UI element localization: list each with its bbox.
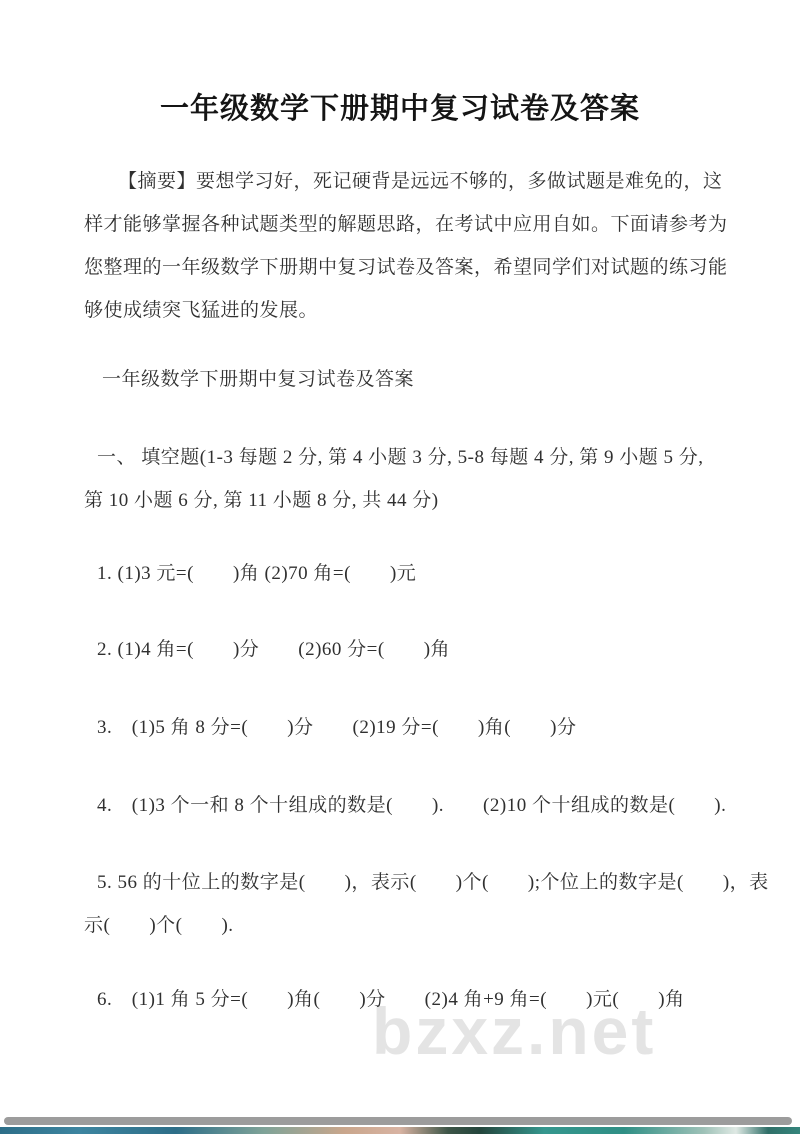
document-page: 一年级数学下册期中复习试卷及答案 bzxz.net 【摘要】要想学习好，死记硬背…: [0, 0, 800, 1134]
section-header-line: 第 10 小题 6 分, 第 11 小题 8 分, 共 44 分): [84, 479, 724, 522]
question-2: 2. (1)4 角=( )分 (2)60 分=( )角: [84, 628, 724, 671]
horizontal-scrollbar[interactable]: [4, 1117, 792, 1125]
document-subtitle: 一年级数学下册期中复习试卷及答案: [84, 358, 724, 401]
abstract-line: 【摘要】要想学习好，死记硬背是远远不够的，多做试题是难免的，这: [84, 160, 724, 203]
abstract-line: 够使成绩突飞猛进的发展。: [84, 289, 724, 332]
question-6: 6. (1)1 角 5 分=( )角( )分 (2)4 角+9 角=( )元( …: [84, 978, 724, 1021]
question-4: 4. (1)3 个一和 8 个十组成的数是( ). (2)10 个十组成的数是(…: [84, 784, 724, 827]
question-1: 1. (1)3 元=( )角 (2)70 角=( )元: [84, 552, 724, 595]
section-header-line: 一、 填空题(1-3 每题 2 分, 第 4 小题 3 分, 5-8 每题 4 …: [84, 436, 724, 479]
abstract-line: 样才能够掌握各种试题类型的解题思路，在考试中应用自如。下面请参考为: [84, 203, 724, 246]
question-5-line-2: 示( )个( ).: [84, 904, 724, 947]
abstract-line: 您整理的一年级数学下册期中复习试卷及答案，希望同学们对试题的练习能: [84, 246, 724, 289]
page-title: 一年级数学下册期中复习试卷及答案: [0, 86, 800, 127]
question-5-line-1: 5. 56 的十位上的数字是( )，表示( )个( );个位上的数字是( )，表: [84, 861, 724, 904]
question-3: 3. (1)5 角 8 分=( )分 (2)19 分=( )角( )分: [84, 706, 724, 749]
next-page-photo-strip: [0, 1127, 800, 1134]
